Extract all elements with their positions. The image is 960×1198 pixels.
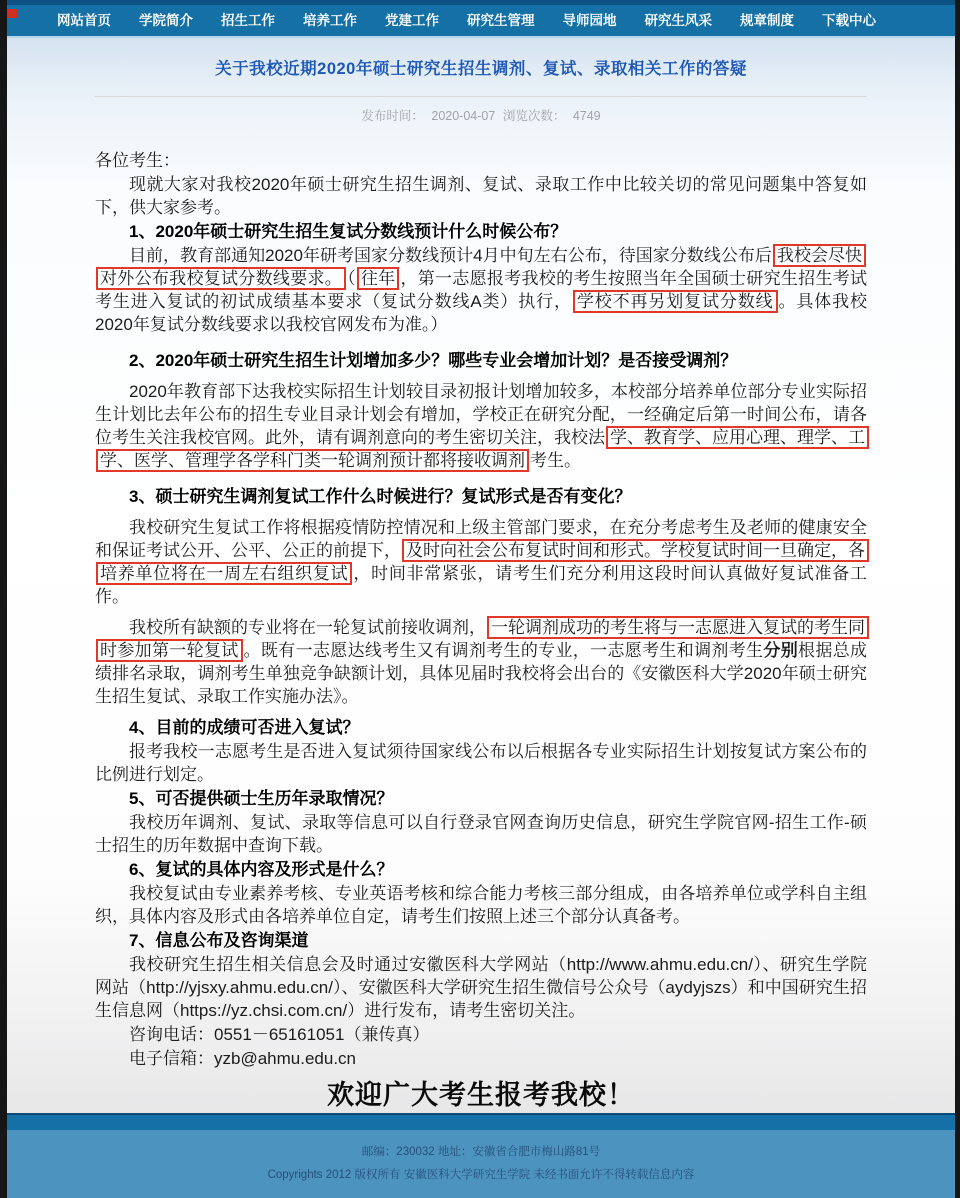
- text-run: 我校历年调剂、复试、录取等信息可以自行登录官网查询历史信息，研究生学院官网-招生…: [95, 813, 867, 855]
- top-nav: 网站首页学院简介招生工作培养工作党建工作研究生管理导师园地研究生风采规章制度下载…: [7, 5, 955, 38]
- question-heading: 5、可否提供硕士生历年录取情况？: [95, 787, 867, 810]
- paragraph: 我校复试由专业素养考核、专业英语考核和综合能力考核三部分组成，由各培养单位或学科…: [95, 882, 867, 928]
- nav-item[interactable]: 研究生管理: [453, 5, 549, 36]
- paragraph: 2020年教育部下达我校实际招生计划较目录初报计划增加较多，本校部分培养单位部分…: [95, 380, 867, 472]
- nav-item[interactable]: 学院简介: [125, 5, 207, 36]
- text-run: 目前，教育部通知2020年研考国家分数线预计4月中旬左右公布，待国家分数线公布后: [129, 246, 772, 265]
- nav-item[interactable]: 网站首页: [43, 5, 125, 36]
- question-heading: 6、复试的具体内容及形式是什么？: [95, 858, 867, 881]
- text-run: 咨询电话：0551－65161051（兼传真）: [129, 1025, 429, 1044]
- text-run: （: [347, 269, 356, 288]
- paragraph: 我校研究生复试工作将根据疫情防控情况和上级主管部门要求，在充分考虑考生及老师的健…: [95, 516, 867, 608]
- left-edge: [0, 0, 7, 1198]
- nav-item[interactable]: 招生工作: [207, 5, 289, 36]
- footer: 邮编：230032 地址：安徽省合肥市梅山路81号 Copyrights 201…: [7, 1130, 955, 1198]
- red-marker: [8, 9, 17, 18]
- text-run: 5、可否提供硕士生历年录取情况？: [129, 789, 393, 808]
- nav-item[interactable]: 培养工作: [289, 5, 371, 36]
- divider: [95, 96, 867, 97]
- views-count: 4749: [573, 109, 601, 123]
- nav-item[interactable]: 下载中心: [808, 5, 890, 36]
- text-run: 我校研究生招生相关信息会及时通过安徽医科大学网站（http://www.ahmu…: [95, 955, 867, 1020]
- article-meta: 发布时间： 2020-04-07 浏览次数： 4749: [95, 106, 867, 124]
- welcome-line: 欢迎广大考生报考我校！: [7, 1073, 955, 1112]
- paragraph: 咨询电话：0551－65161051（兼传真）: [95, 1023, 867, 1046]
- footer-address: 邮编：230032 地址：安徽省合肥市梅山路81号: [7, 1143, 955, 1159]
- text-run: 电子信箱：yzb@ahmu.edu.cn: [129, 1049, 356, 1068]
- paragraph: 电子信箱：yzb@ahmu.edu.cn: [95, 1047, 867, 1070]
- footer-bar: [7, 1113, 955, 1130]
- paragraph: 报考我校一志愿考生是否进入复试须待国家线公布以后根据各专业实际招生计划按复试方案…: [95, 740, 867, 786]
- page-title: 关于我校近期2020年硕士研究生招生调剂、复试、录取相关工作的答疑: [95, 55, 867, 79]
- nav-item[interactable]: 党建工作: [371, 5, 453, 36]
- text-run: 3、硕士研究生调剂复试工作什么时候进行？复试形式是否有变化？: [129, 487, 631, 506]
- text-run: 各位考生：: [95, 151, 180, 170]
- content-area: 关于我校近期2020年硕士研究生招生调剂、复试、录取相关工作的答疑 发布时间： …: [7, 38, 955, 1113]
- publish-date: 2020-04-07: [431, 109, 495, 123]
- text-run: 。既有一志愿达线考生又有调剂考生的专业，一志愿考生和调剂考生: [244, 641, 764, 660]
- paragraph: 我校研究生招生相关信息会及时通过安徽医科大学网站（http://www.ahmu…: [95, 953, 867, 1022]
- page: 网站首页学院简介招生工作培养工作党建工作研究生管理导师园地研究生风采规章制度下载…: [0, 0, 960, 1198]
- nav-item[interactable]: 规章制度: [726, 5, 808, 36]
- article-body: 各位考生：现就大家对我校2020年硕士研究生招生调剂、复试、录取工作中比较关切的…: [95, 149, 867, 1070]
- nav-item[interactable]: 导师园地: [549, 5, 631, 36]
- question-heading: 1、2020年硕士研究生招生复试分数线预计什么时候公布？: [95, 220, 867, 243]
- paragraph: 我校历年调剂、复试、录取等信息可以自行登录官网查询历史信息，研究生学院官网-招生…: [95, 811, 867, 857]
- text-run: 4、目前的成绩可否进入复试？: [129, 718, 359, 737]
- publish-label: 发布时间：: [361, 109, 424, 123]
- question-heading: 4、目前的成绩可否进入复试？: [95, 716, 867, 739]
- text-run: 现就大家对我校2020年硕士研究生招生调剂、复试、录取工作中比较关切的常见问题集…: [95, 175, 867, 217]
- text-run: 我校复试由专业素养考核、专业英语考核和综合能力考核三部分组成，由各培养单位或学科…: [95, 884, 867, 926]
- paragraph: 目前，教育部通知2020年研考国家分数线预计4月中旬左右公布，待国家分数线公布后…: [95, 244, 867, 336]
- footer-copyright: Copyrights 2012 版权所有 安徽医科大学研究生学院 未经书面允许不…: [7, 1166, 955, 1182]
- text-run: 报考我校一志愿考生是否进入复试须待国家线公布以后根据各专业实际招生计划按复试方案…: [95, 742, 867, 784]
- text-run: 分别: [763, 641, 798, 660]
- paragraph: 现就大家对我校2020年硕士研究生招生调剂、复试、录取工作中比较关切的常见问题集…: [95, 173, 867, 219]
- question-heading: 3、硕士研究生调剂复试工作什么时候进行？复试形式是否有变化？: [95, 485, 867, 508]
- webpage: 网站首页学院简介招生工作培养工作党建工作研究生管理导师园地研究生风采规章制度下载…: [7, 0, 955, 1198]
- text-run: 我校所有缺额的专业将在一轮复试前接收调剂，: [129, 618, 486, 637]
- paragraph: 我校所有缺额的专业将在一轮复试前接收调剂，一轮调剂成功的考生将与一志愿进入复试的…: [95, 616, 867, 708]
- nav-item[interactable]: 研究生风采: [631, 5, 727, 36]
- nav-items: 网站首页学院简介招生工作培养工作党建工作研究生管理导师园地研究生风采规章制度下载…: [43, 5, 890, 36]
- text-run: 7、信息公布及咨询渠道: [129, 931, 308, 950]
- paragraph: 各位考生：: [95, 149, 867, 172]
- text-run: 考生。: [530, 451, 581, 470]
- text-run: 6、复试的具体内容及形式是什么？: [129, 860, 393, 879]
- content-column: 关于我校近期2020年硕士研究生招生调剂、复试、录取相关工作的答疑 发布时间： …: [95, 38, 867, 1070]
- text-run: 1、2020年硕士研究生招生复试分数线预计什么时候公布？: [129, 222, 567, 241]
- text-run: 2、2020年硕士研究生招生计划增加多少？哪些专业会增加计划？是否接受调剂？: [129, 351, 737, 370]
- annotation-box: 学校不再另划复试分数线: [573, 290, 778, 313]
- annotation-box: 往年: [357, 267, 400, 290]
- right-edge: [955, 0, 960, 1198]
- views-label: 浏览次数：: [503, 109, 566, 123]
- question-heading: 7、信息公布及咨询渠道: [95, 929, 867, 952]
- question-heading: 2、2020年硕士研究生招生计划增加多少？哪些专业会增加计划？是否接受调剂？: [95, 349, 867, 372]
